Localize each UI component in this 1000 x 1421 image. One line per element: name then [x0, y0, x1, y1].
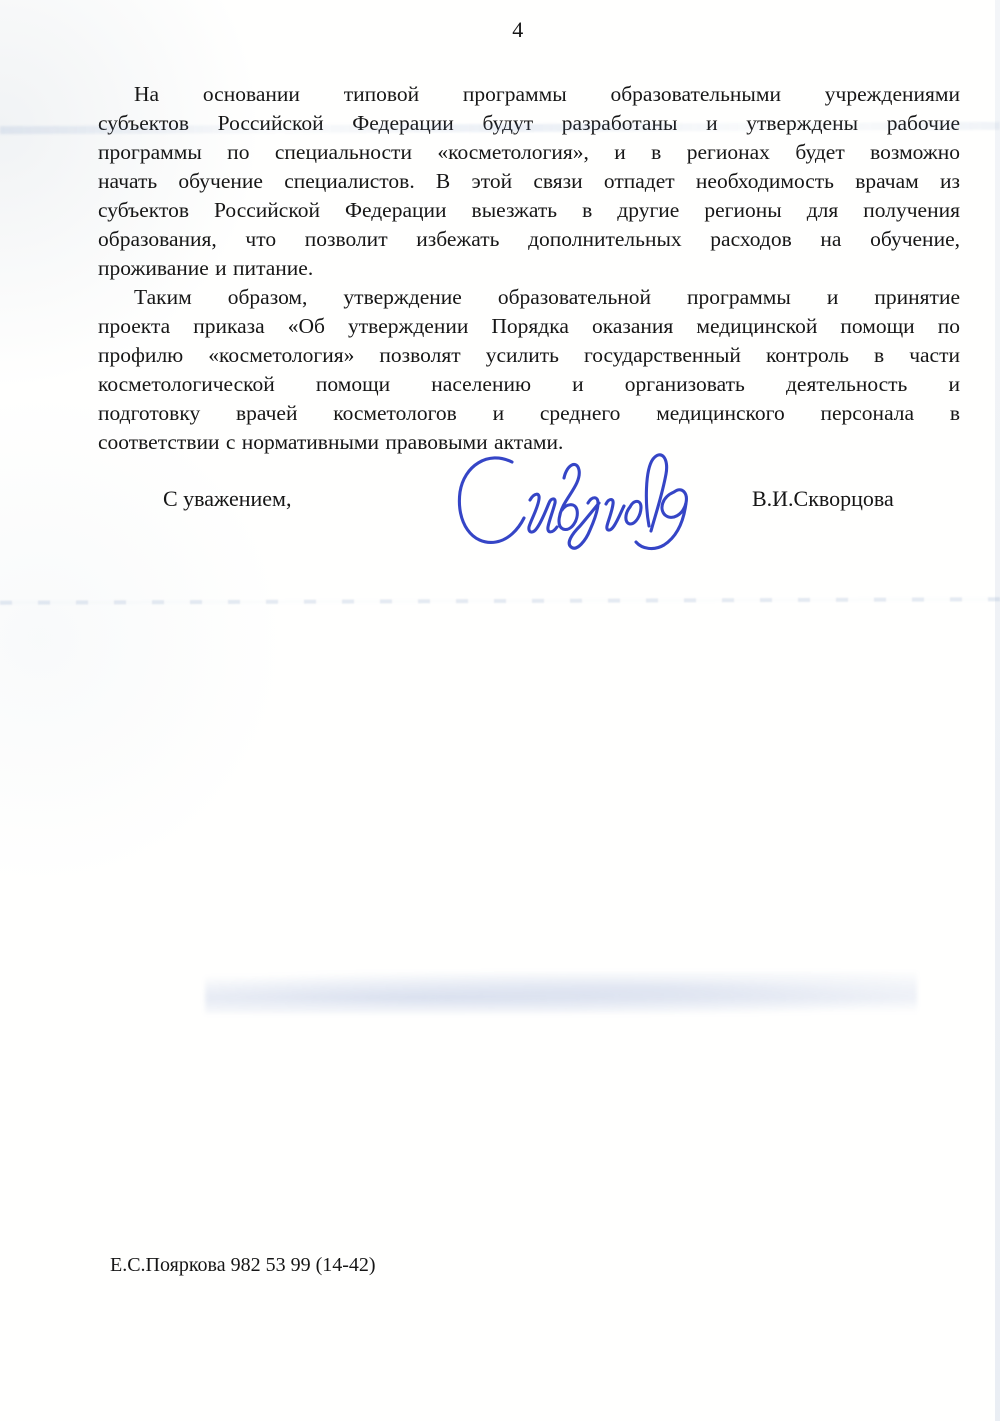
paragraph-line: субъектов Российской Федерации будут раз…	[98, 109, 960, 138]
paragraph-line: На основании типовой программы образоват…	[98, 80, 960, 109]
paragraph-line: начать обучение специалистов. В этой свя…	[98, 167, 960, 196]
paragraph-line: профилю «косметология» позволят усилить …	[98, 341, 960, 370]
paragraph-line: субъектов Российской Федерации выезжать …	[98, 196, 960, 225]
paragraph-line: программы по специальности «косметология…	[98, 138, 960, 167]
letter-body: На основании типовой программы образоват…	[98, 80, 960, 457]
page-number: 4	[0, 17, 1000, 43]
scan-line-artifact	[0, 597, 1000, 604]
ink-bleed-artifact	[205, 972, 917, 1014]
closing-salutation: С уважением,	[163, 486, 291, 512]
paragraph-line: подготовку врачей косметологов и среднег…	[98, 399, 960, 428]
signer-name: В.И.Скворцова	[752, 486, 894, 512]
signature-ink	[446, 446, 690, 562]
paragraph-line: проживание и питание.	[98, 254, 960, 283]
paragraph-line: Таким образом, утверждение образовательн…	[98, 283, 960, 312]
scan-edge-shadow	[995, 0, 1000, 1421]
paragraph-line: проекта приказа «Об утверждении Порядка …	[98, 312, 960, 341]
paragraph-line: косметологической помощи населению и орг…	[98, 370, 960, 399]
scanned-letter-page: 4 На основании типовой программы образов…	[0, 0, 1000, 1421]
footer-contact: Е.С.Пояркова 982 53 99 (14-42)	[110, 1254, 376, 1277]
paragraph-line: образования, что позволит избежать допол…	[98, 225, 960, 254]
